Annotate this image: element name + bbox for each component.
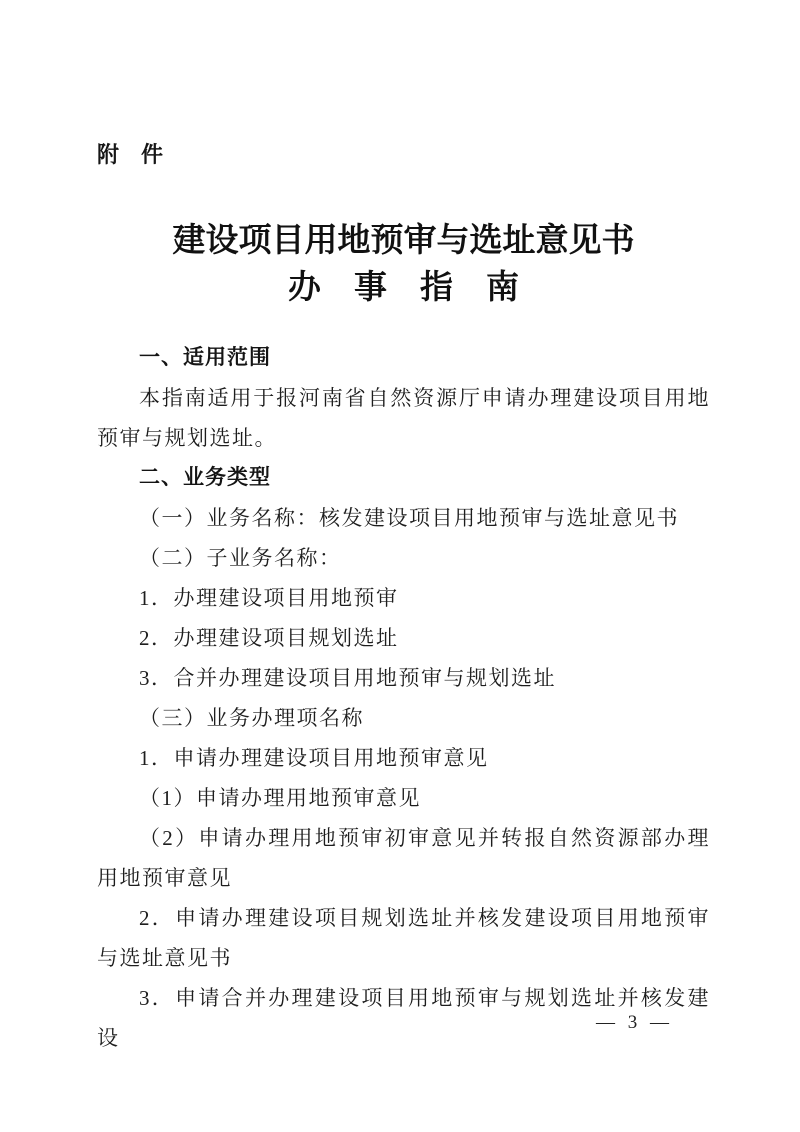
item-sub-business-2: 2．办理建设项目规划选址 (97, 618, 710, 658)
item-handling-names-label: （三）业务办理项名称 (97, 698, 710, 738)
document-page: 附 件 建设项目用地预审与选址意见书 办 事 指 南 一、适用范围 本指南适用于… (0, 0, 800, 1132)
paragraph-handling-2: 2．申请办理建设项目规划选址并核发建设项目用地预审与选址意见书 (97, 898, 710, 978)
item-sub-business-3: 3．合并办理建设项目用地预审与规划选址 (97, 658, 710, 698)
attachment-label: 附 件 (97, 140, 710, 170)
document-title-line2: 办 事 指 南 (97, 265, 710, 312)
section-heading-applicable-scope: 一、适用范围 (97, 338, 710, 378)
section-heading-business-type: 二、业务类型 (97, 458, 710, 498)
item-sub-business-1: 1．办理建设项目用地预审 (97, 578, 710, 618)
item-sub-business-label: （二）子业务名称： (97, 538, 710, 578)
document-body: 一、适用范围 本指南适用于报河南省自然资源厅申请办理建设项目用地预审与规划选址。… (97, 338, 710, 1058)
item-business-name: （一）业务名称：核发建设项目用地预审与选址意见书 (97, 498, 710, 538)
item-handling-1: 1．申请办理建设项目用地预审意见 (97, 738, 710, 778)
page-number: — 3 — (596, 1008, 673, 1038)
item-handling-1-sub-1: （1）申请办理用地预审意见 (97, 778, 710, 818)
document-title: 建设项目用地预审与选址意见书 办 事 指 南 (97, 218, 710, 312)
document-title-line1: 建设项目用地预审与选址意见书 (97, 218, 710, 265)
paragraph-scope-description: 本指南适用于报河南省自然资源厅申请办理建设项目用地预审与规划选址。 (97, 378, 710, 458)
paragraph-handling-1-sub-2: （2）申请办理用地预审初审意见并转报自然资源部办理用地预审意见 (97, 818, 710, 898)
